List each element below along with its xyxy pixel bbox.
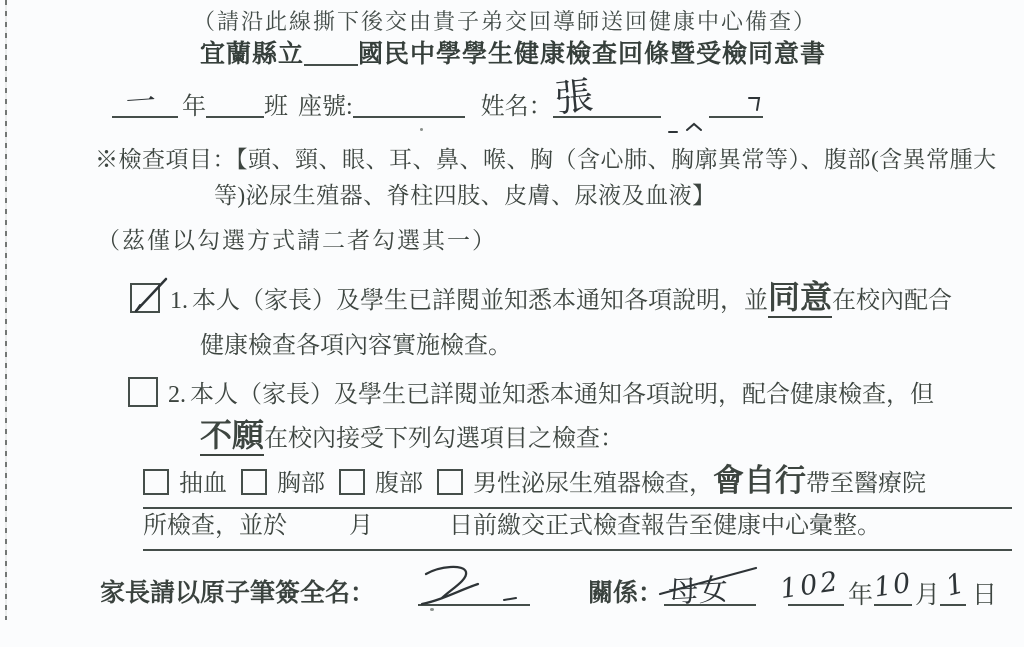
name-blank[interactable]: 張 <box>553 92 661 118</box>
year-label: 年 <box>182 94 206 120</box>
exclusion-blood-label: 抽血 <box>179 471 227 497</box>
option2-number: 2. <box>168 382 186 408</box>
name-extra-scribble <box>667 120 707 136</box>
option1-text-after: 在校內配合 <box>832 288 952 314</box>
option2-line1: 2.本人（家長）及學生已詳閱並知悉本通知各項說明，配合健康檢查，但 <box>128 377 934 410</box>
handwritten-month: 10 <box>872 567 914 603</box>
scan-edge-artifact <box>5 0 7 620</box>
handwritten-year: 102 <box>778 566 842 605</box>
option1-text-before: 本人（家長）及學生已詳閱並知悉本通知各項說明，並 <box>192 288 768 314</box>
seat-number-blank[interactable] <box>353 92 465 118</box>
exam-items-line1: ※檢查項目：【頭、頸、眼、耳、鼻、喉、胸（含心肺、胸廓異常等）、腹部(含異常腫大 <box>95 146 997 175</box>
date-day-blank[interactable]: 1 <box>940 580 966 606</box>
relation-label: 關係： <box>588 578 663 609</box>
exclusion-chest-label: 胸部 <box>277 471 325 497</box>
option1-line2: 健康檢查各項內容實施檢查。 <box>200 331 512 361</box>
exam-items-line2: 等)泌尿生殖器、脊柱四肢、皮膚、尿液及血液】 <box>214 182 716 211</box>
exclusion-urogenital-checkbox[interactable] <box>437 469 463 495</box>
option2-text-line2: 在校內接受下列勾選項目之檢查： <box>264 426 624 452</box>
form-title-suffix: 國民中學學生健康檢查回條暨受檢同意書 <box>358 41 826 68</box>
form-title: 宜蘭縣立國民中學學生健康檢查回條暨受檢同意書 <box>200 36 826 70</box>
exclusion-abdomen-label: 腹部 <box>375 471 423 497</box>
exclusion-abdomen-checkbox[interactable] <box>339 469 365 495</box>
option1-checkmark <box>128 271 174 319</box>
option1-line1: 1.本人（家長）及學生已詳閱並知悉本通知各項說明，並同意在校內配合 <box>130 281 952 316</box>
name-tail-scribble <box>747 94 763 114</box>
class-label: 班 <box>264 94 288 120</box>
name-label: 姓名： <box>481 94 553 120</box>
deadline-tail: 日前繳交正式檢查報告至健康中心彙整。 <box>449 513 881 539</box>
form-title-prefix: 宜蘭縣立 <box>200 41 304 68</box>
exam-items-text1: 【頭、頸、眼、耳、鼻、喉、胸（含心肺、胸廓異常等）、腹部(含異常腫大 <box>236 147 997 172</box>
option1-checkbox[interactable] <box>130 283 160 313</box>
signature-blank[interactable] <box>418 580 530 606</box>
date-month-label: 月 <box>915 580 940 611</box>
exclusion-chest-checkbox[interactable] <box>241 469 267 495</box>
exclusion-line: 抽血胸部腹部男性泌尿生殖器檢查，會自行帶至醫療院 <box>143 465 1012 509</box>
option2-text-line1: 本人（家長）及學生已詳閱並知悉本通知各項說明，配合健康檢查，但 <box>190 382 934 408</box>
student-info-line: 一 年班座號:姓名： 張 <box>112 92 763 122</box>
health-check-consent-form: （請沿此線撕下後交由貴子弟交回導師送回健康中心備查） 宜蘭縣立國民中學學生健康檢… <box>0 0 1024 647</box>
class-blank[interactable] <box>206 92 264 118</box>
exam-items-label: ※檢查項目： <box>95 147 236 172</box>
grade-year-blank[interactable]: 一 <box>112 92 178 118</box>
scan-speck <box>420 128 423 131</box>
scan-speck <box>430 608 434 611</box>
deadline-lead: 所檢查，並於 <box>143 513 287 539</box>
option2-line2: 不願在校內接受下列勾選項目之檢查： <box>200 419 624 454</box>
handwritten-relation: 母女 <box>667 564 729 611</box>
option1-emphasis-agree: 同意 <box>768 279 832 318</box>
check-instruction: （茲僅以勾選方式請二者勾選其一） <box>97 227 497 256</box>
option1-number: 1. <box>170 288 188 314</box>
parent-signature-scribble <box>420 560 530 612</box>
seat-label: 座號: <box>298 94 353 120</box>
handwritten-grade-year: 一 <box>125 83 158 123</box>
option2-emphasis-refuse: 不願 <box>200 417 264 456</box>
handwritten-name: 張 <box>552 72 595 123</box>
relation-blank[interactable]: 母女 <box>664 580 756 606</box>
handwritten-day: 1 <box>942 566 967 602</box>
exclusion-urogenital-label: 男性泌尿生殖器檢查， <box>473 471 713 497</box>
deadline-line: 所檢查，並於月日前繳交正式檢查報告至健康中心彙整。 <box>143 511 1012 551</box>
deadline-month-label: 月 <box>349 513 373 539</box>
exclusion-blood-checkbox[interactable] <box>143 469 169 495</box>
date-month-blank[interactable]: 10 <box>874 580 912 606</box>
name-blank-2[interactable] <box>709 92 763 118</box>
signature-label: 家長請以原子筆簽全名： <box>100 578 375 609</box>
exclusion-line-tail: 帶至醫療院 <box>806 471 926 497</box>
date-year-label: 年 <box>848 580 873 611</box>
school-name-blank[interactable] <box>304 36 358 66</box>
date-year-blank[interactable]: 102 <box>788 580 844 606</box>
tear-line-note: （請沿此線撕下後交由貴子弟交回導師送回健康中心備查） <box>193 8 817 36</box>
date-day-label: 日 <box>972 580 997 611</box>
self-arrange-emphasis: 會自行 <box>713 463 806 498</box>
option2-checkbox[interactable] <box>128 377 158 407</box>
